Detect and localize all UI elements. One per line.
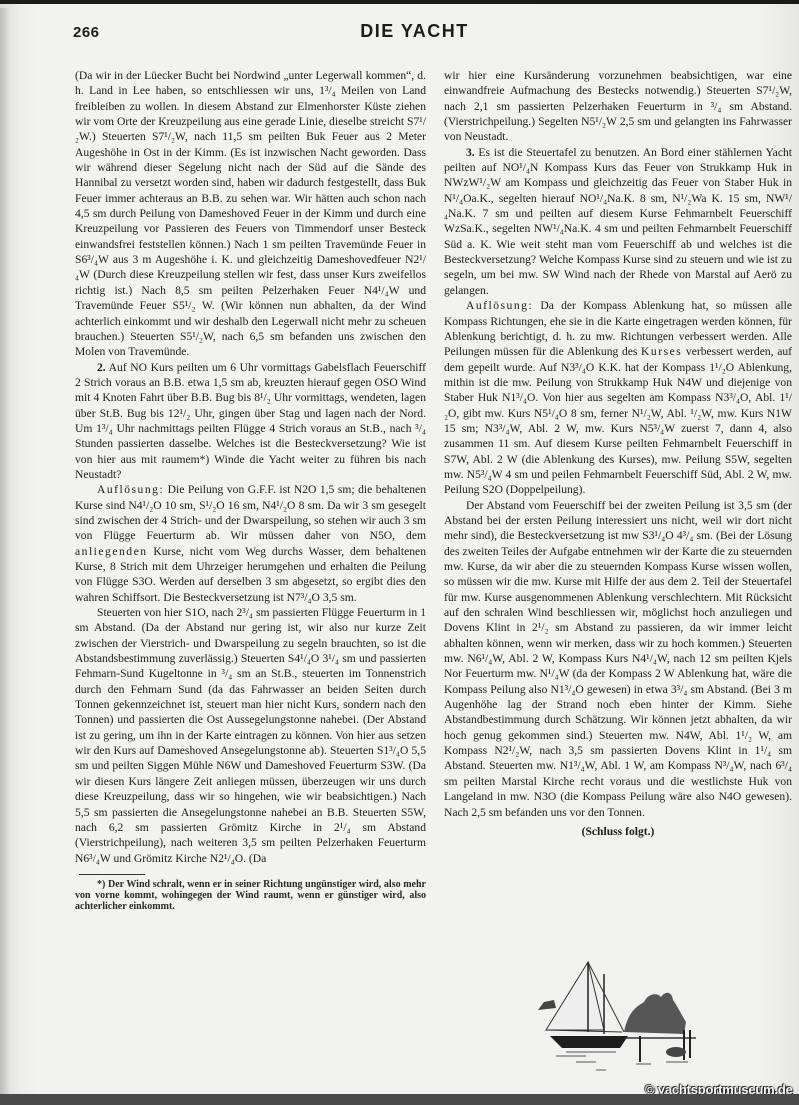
exercise-number: 2. — [97, 361, 106, 374]
paragraph-continuation: (Da wir in der Lüecker Bucht bei Nordwin… — [75, 68, 426, 360]
exercise-2: 2. Auf NO Kurs peilten um 6 Uhr vormitta… — [75, 360, 426, 483]
paragraph-continuation: wir hier eine Kursänderung vorzunehmen b… — [444, 68, 792, 145]
left-column: (Da wir in der Lüecker Bucht bei Nordwin… — [75, 68, 426, 912]
footnote: *) Der Wind schralt, wenn er in seiner R… — [75, 879, 426, 913]
sailboat-illustration-icon — [536, 952, 716, 1077]
solution-emphasis: Kurses — [641, 345, 682, 358]
binding-shadow — [0, 8, 10, 1098]
solution-emphasis: anliegenden — [75, 545, 148, 558]
solution-label: Auflösung: — [97, 483, 164, 496]
solution-2: Auflösung: Die Peilung von G.F.F. ist N2… — [75, 482, 426, 605]
magazine-page: 266 DIE YACHT (Da wir in der Lüecker Buc… — [0, 4, 799, 1094]
right-column: wir hier eine Kursänderung vorzunehmen b… — [444, 68, 792, 839]
scan-bottom-edge — [0, 1094, 799, 1105]
solution-label: Auflösung: — [466, 299, 533, 312]
exercise-text: Auf NO Kurs peilten um 6 Uhr vormittags … — [75, 361, 426, 481]
footnote-divider — [79, 874, 145, 875]
footnote-text: *) Der Wind schralt, wenn er in seiner R… — [75, 879, 426, 913]
paragraph-steering: Steuerten von hier S1O, nach 2³/₄ sm pas… — [75, 605, 426, 866]
running-title: DIE YACHT — [0, 21, 799, 42]
exercise-text: Es ist die Steuertafel zu benutzen. An B… — [444, 146, 792, 297]
exercise-number: 3. — [466, 146, 475, 159]
to-be-continued: (Schluss folgt.) — [444, 824, 792, 839]
paragraph-distance: Der Abstand vom Feuerschiff bei der zwei… — [444, 498, 792, 820]
exercise-3: 3. Es ist die Steuertafel zu benutzen. A… — [444, 145, 792, 298]
solution-text-rest: verbessert werden, auf dem gepeilt wurde… — [444, 345, 792, 496]
solution-3: Auflösung: Da der Kompass Ablenkung hat,… — [444, 298, 792, 497]
